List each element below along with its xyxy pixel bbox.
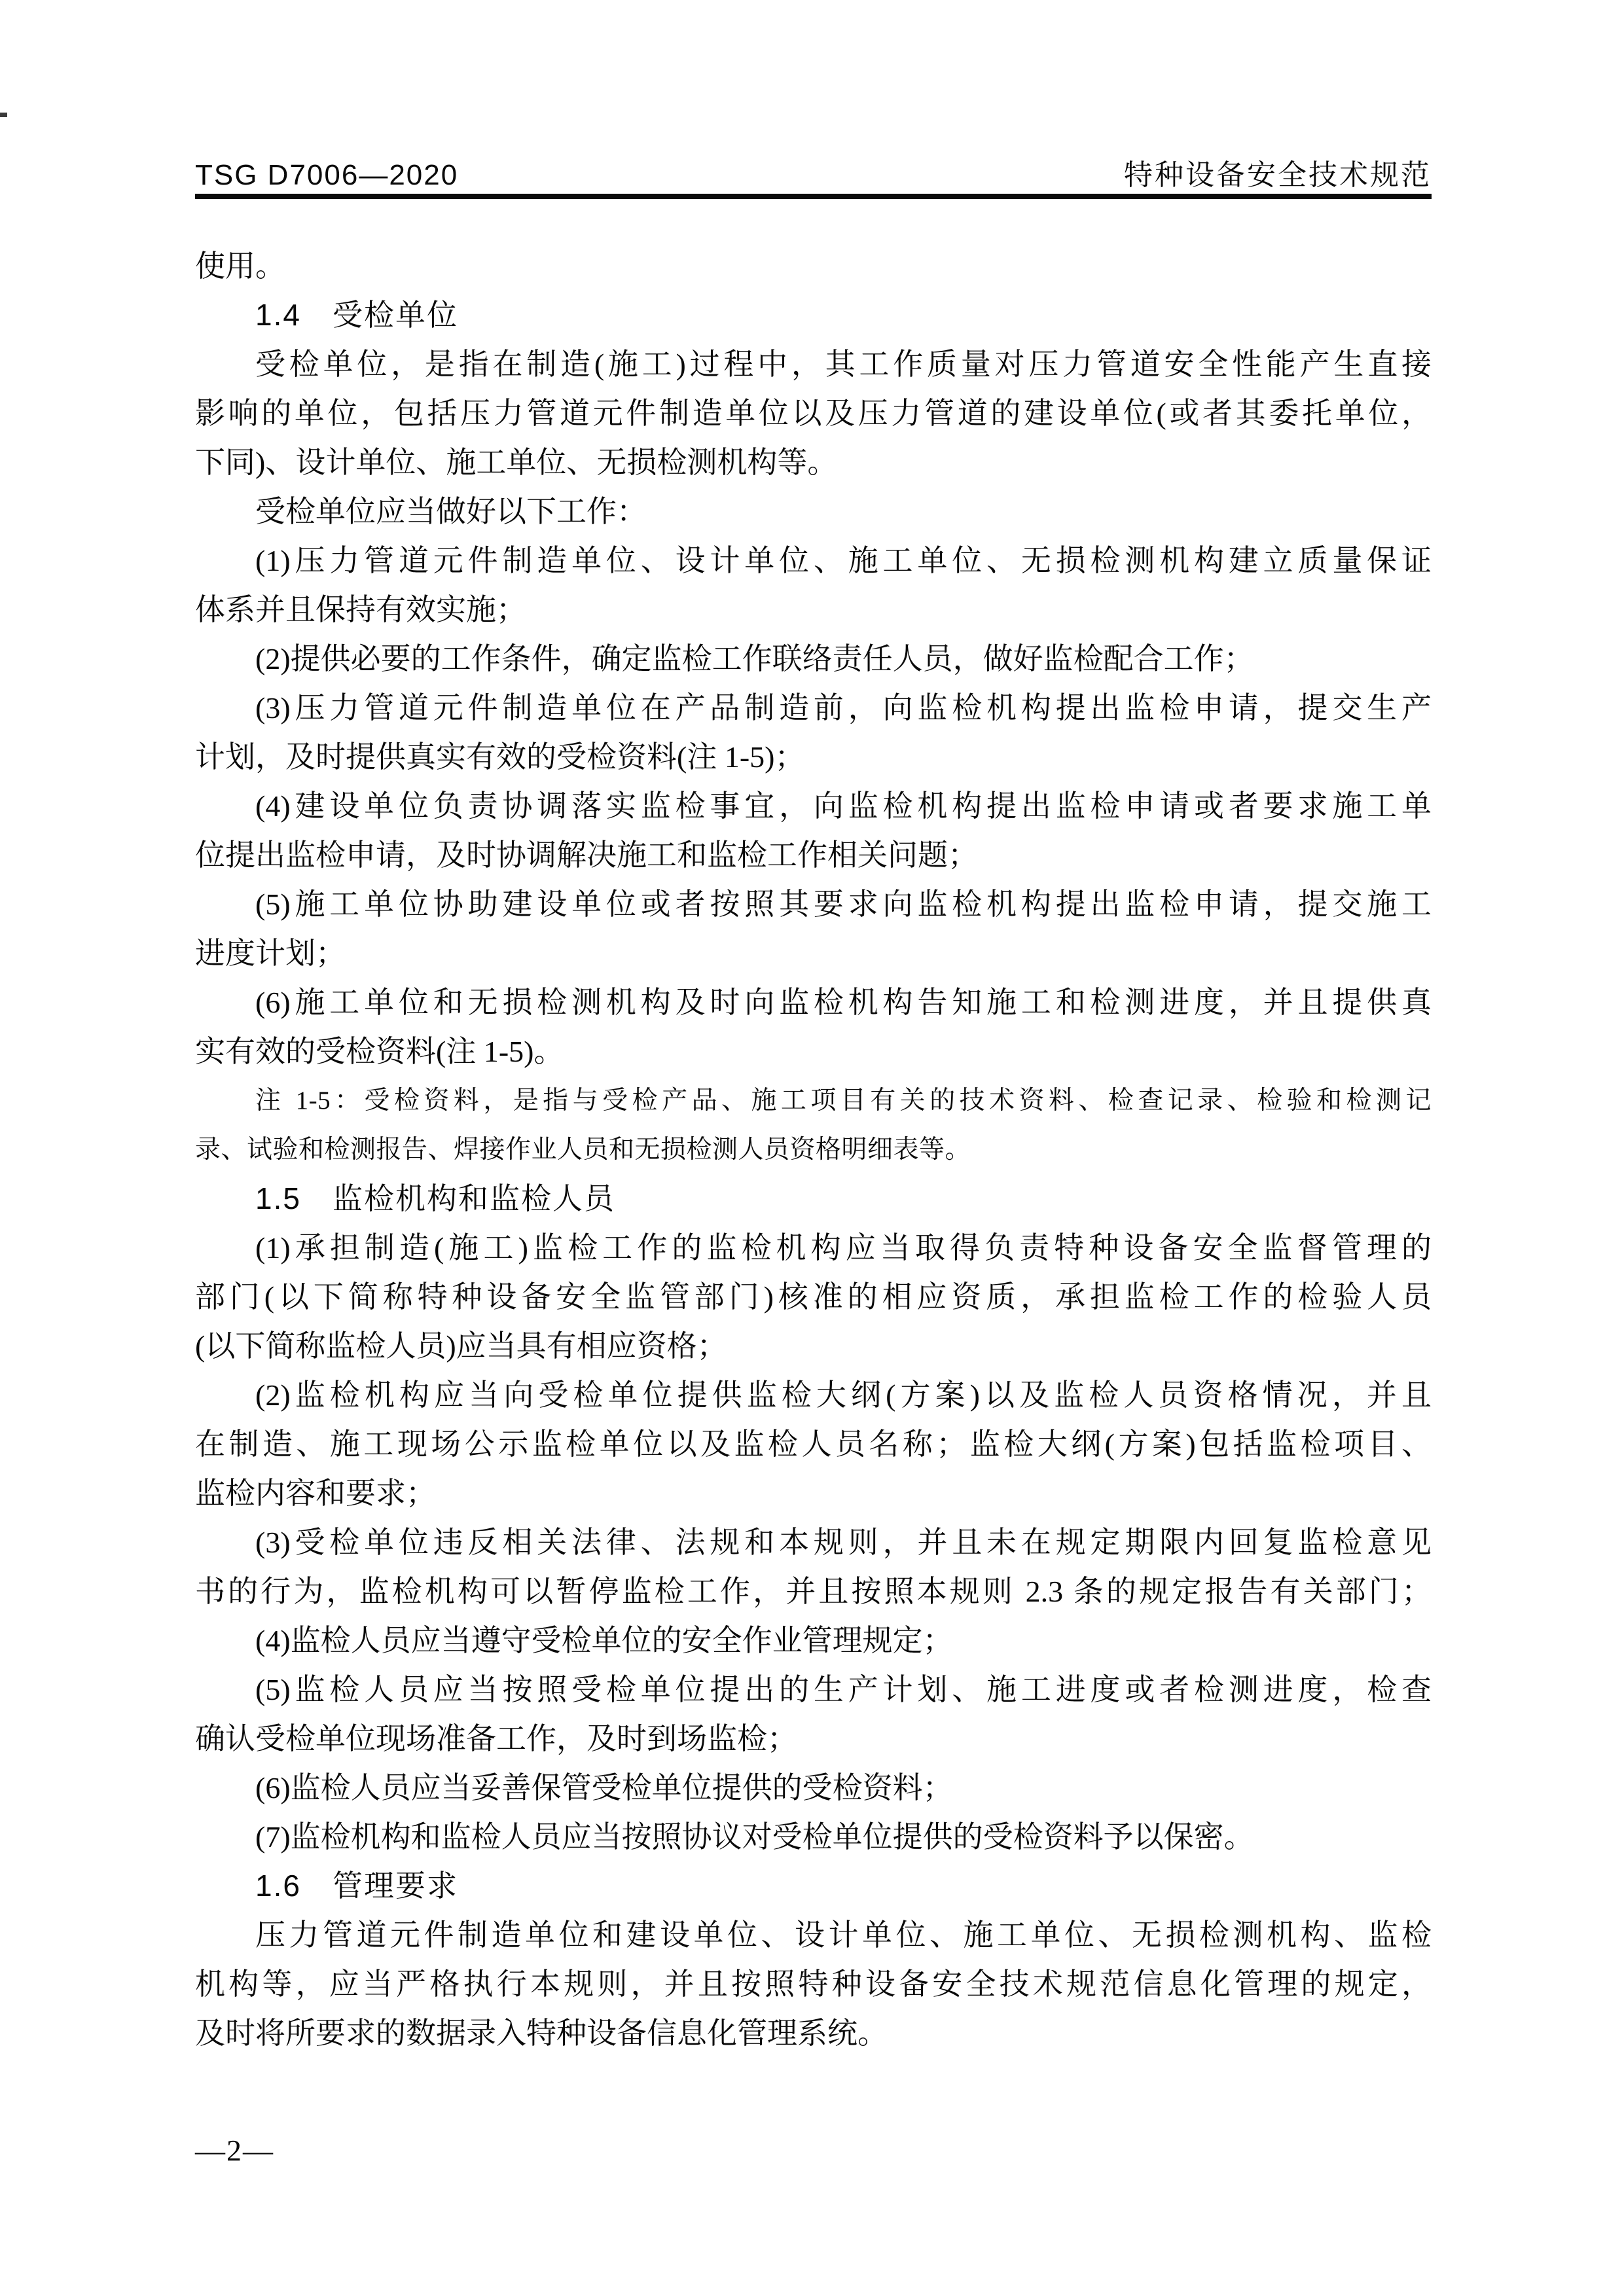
- text-line: 下同)、设计单位、施工单位、无损检测机构等。: [195, 438, 1432, 487]
- text-line: 确认受检单位现场准备工作，及时到场监检；: [195, 1714, 1432, 1763]
- section-heading-1-5: 1.5 监检机构和监检人员: [195, 1174, 1432, 1223]
- footnote-1-5-cont: 录、试验和检测报告、焊接作业人员和无损检测人员资格明细表等。: [195, 1125, 1432, 1174]
- section-heading-1-4: 1.4 受检单位: [195, 291, 1432, 340]
- text-line: 体系并且保持有效实施；: [195, 585, 1432, 634]
- text-line: 压力管道元件制造单位和建设单位、设计单位、施工单位、无损检测机构、监检: [195, 1910, 1432, 1960]
- list-item-4: (4)建设单位负责协调落实监检事宜，向监检机构提出监检申请或者要求施工单: [195, 781, 1432, 831]
- text-line: 影响的单位，包括压力管道元件制造单位以及压力管道的建设单位(或者其委托单位，: [195, 389, 1432, 438]
- list-item-7: (7)监检机构和监检人员应当按照协议对受检单位提供的受检资料予以保密。: [195, 1812, 1432, 1861]
- list-item-2: (2)监检机构应当向受检单位提供监检大纲(方案)以及监检人员资格情况，并且: [195, 1371, 1432, 1420]
- section-heading-1-6: 1.6 管理要求: [195, 1861, 1432, 1910]
- text-line: 监检内容和要求；: [195, 1469, 1432, 1518]
- text-line: 部门(以下简称特种设备安全监管部门)核准的相应资质，承担监检工作的检验人员: [195, 1272, 1432, 1321]
- list-item-5: (5)监检人员应当按照受检单位提出的生产计划、施工进度或者检测进度，检查: [195, 1665, 1432, 1714]
- text-line: (以下简称监检人员)应当具有相应资格；: [195, 1321, 1432, 1371]
- text-line: 进度计划；: [195, 929, 1432, 978]
- footnote-1-5: 注 1-5：受检资料，是指与受检产品、施工项目有关的技术资料、检查记录、检验和检…: [195, 1076, 1432, 1125]
- header-document-code: TSG D7006—2020: [195, 160, 458, 191]
- document-body: 使用。 1.4 受检单位 受检单位，是指在制造(施工)过程中，其工作质量对压力管…: [195, 242, 1432, 2058]
- list-item-5: (5)施工单位协助建设单位或者按照其要求向监检机构提出监检申请，提交施工: [195, 880, 1432, 929]
- list-item-3: (3)受检单位违反相关法律、法规和本规则，并且未在规定期限内回复监检意见: [195, 1518, 1432, 1567]
- list-item-2: (2)提供必要的工作条件，确定监检工作联络责任人员，做好监检配合工作；: [195, 634, 1432, 683]
- text-line: 实有效的受检资料(注 1-5)。: [195, 1027, 1432, 1076]
- list-item-6: (6)监检人员应当妥善保管受检单位提供的受检资料；: [195, 1763, 1432, 1812]
- list-item-1: (1)压力管道元件制造单位、设计单位、施工单位、无损检测机构建立质量保证: [195, 536, 1432, 585]
- list-item-1: (1)承担制造(施工)监检工作的监检机构应当取得负责特种设备安全监督管理的: [195, 1223, 1432, 1272]
- text-line: 书的行为，监检机构可以暂停监检工作，并且按照本规则 2.3 条的规定报告有关部门…: [195, 1567, 1432, 1616]
- header-rule: [195, 194, 1432, 199]
- scan-artifact-mark: [0, 113, 7, 117]
- list-item-4: (4)监检人员应当遵守受检单位的安全作业管理规定；: [195, 1616, 1432, 1665]
- page-number: —2—: [195, 2126, 274, 2175]
- text-line: 机构等，应当严格执行本规则，并且按照特种设备安全技术规范信息化管理的规定，: [195, 1960, 1432, 2009]
- list-item-6: (6)施工单位和无损检测机构及时向监检机构告知施工和检测进度，并且提供真: [195, 978, 1432, 1027]
- text-line: 位提出监检申请，及时协调解决施工和监检工作相关问题；: [195, 831, 1432, 880]
- text-line: 计划，及时提供真实有效的受检资料(注 1-5)；: [195, 732, 1432, 781]
- text-line: 使用。: [195, 242, 1432, 291]
- text-line: 在制造、施工现场公示监检单位以及监检人员名称；监检大纲(方案)包括监检项目、: [195, 1420, 1432, 1469]
- page-header: TSG D7006—2020 特种设备安全技术规范: [195, 157, 1432, 191]
- list-item-3: (3)压力管道元件制造单位在产品制造前，向监检机构提出监检申请，提交生产: [195, 683, 1432, 732]
- header-document-category: 特种设备安全技术规范: [1124, 160, 1432, 191]
- text-line: 受检单位，是指在制造(施工)过程中，其工作质量对压力管道安全性能产生直接: [195, 340, 1432, 389]
- text-line: 受检单位应当做好以下工作：: [195, 487, 1432, 536]
- document-page: TSG D7006—2020 特种设备安全技术规范 使用。 1.4 受检单位 受…: [0, 0, 1624, 2296]
- text-line: 及时将所要求的数据录入特种设备信息化管理系统。: [195, 2009, 1432, 2058]
